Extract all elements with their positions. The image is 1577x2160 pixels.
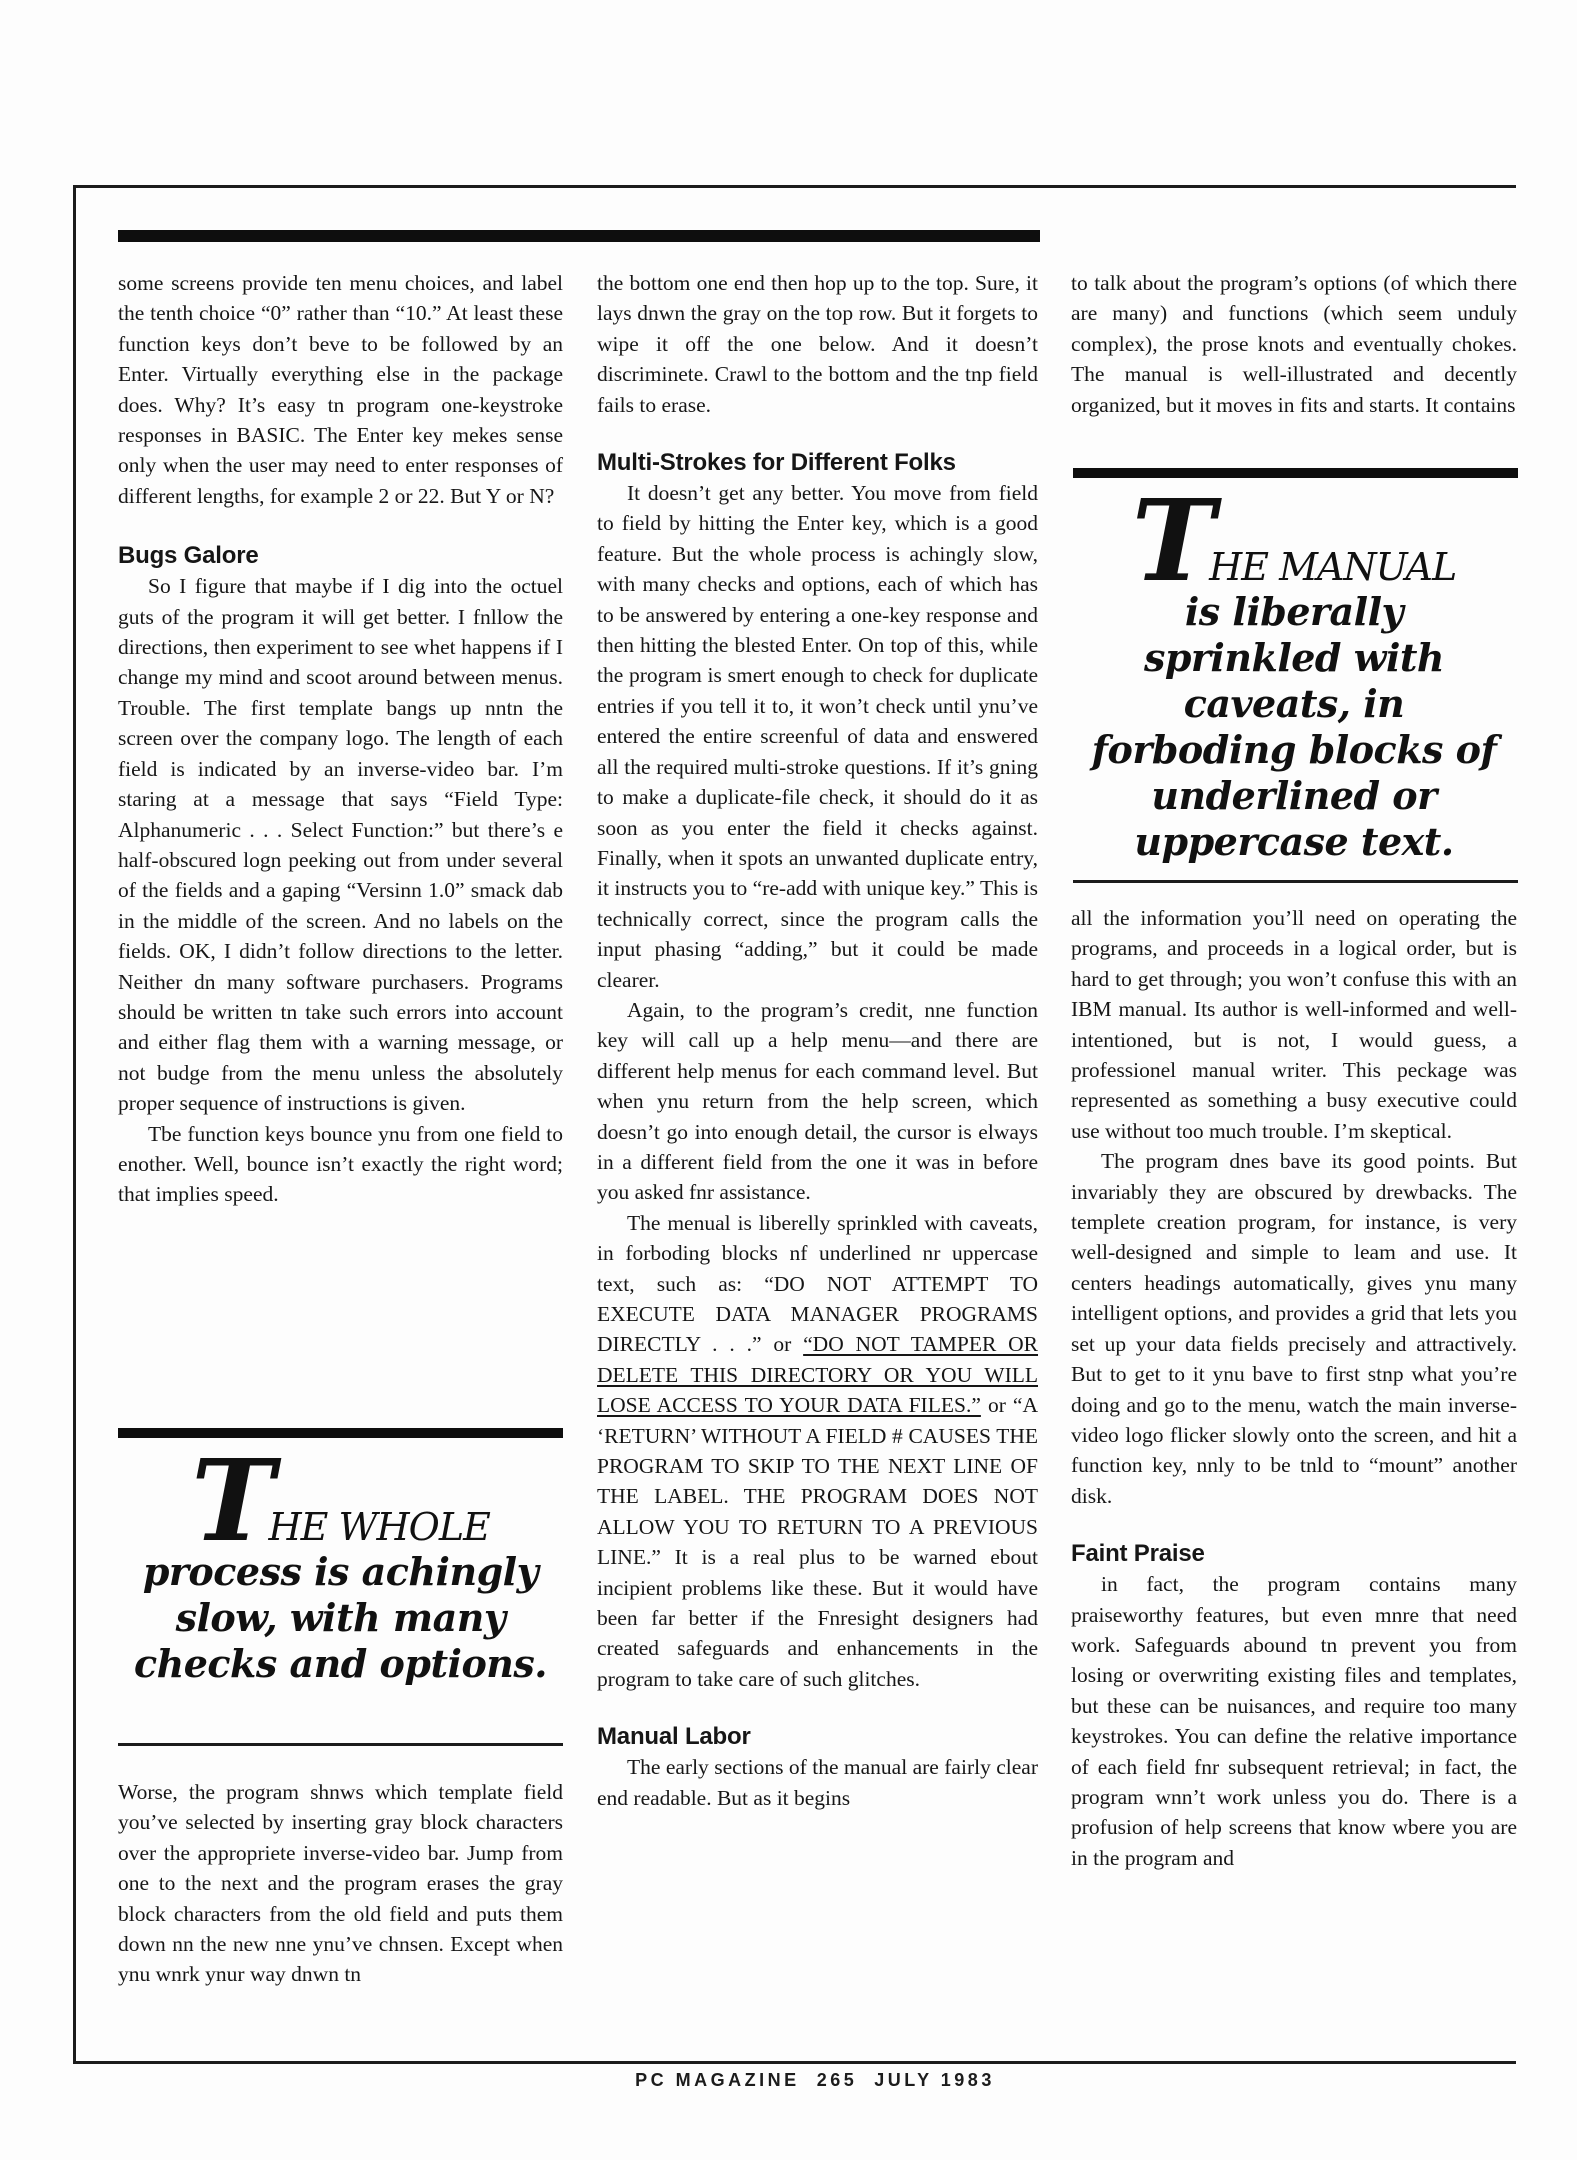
section-heading-multi-strokes: Multi-Strokes for Different Folks — [597, 448, 1038, 478]
footer-publication: PC MAGAZINE — [635, 2070, 800, 2090]
article-column-1-continued: Worse, the program shnws which template … — [118, 1777, 563, 1990]
pullquote-lead-word: HE WHOLE — [269, 1505, 490, 1549]
footer-page-number: 265 — [817, 2070, 858, 2090]
body-paragraph: Worse, the program shnws which template … — [118, 1777, 563, 1990]
pullquote-lead: THE WHOLE — [118, 1462, 563, 1549]
article-column-2: the bottom one end then hop up to the to… — [597, 268, 1038, 1813]
page-frame-top-rule — [73, 185, 1516, 188]
caveat-text-continued: or “A ‘RETURN’ WITHOUT A FIELD # CAUSES … — [597, 1393, 1038, 1691]
pullquote-lead-word: HE MANUAL — [1209, 545, 1456, 589]
section-heading-manual-labor: Manual Labor — [597, 1722, 1038, 1752]
pullquote-bottom-rule — [118, 1743, 563, 1746]
body-paragraph: The early sections of the manual are fai… — [597, 1752, 1038, 1813]
body-paragraph: It doesn’t get any better. You move from… — [597, 478, 1038, 995]
pullquote-text: process is achingly slow, with many chec… — [118, 1549, 563, 1687]
article-column-3: to talk about the program’s options (of … — [1071, 268, 1517, 420]
page-footer: PC MAGAZINE 265 JULY 1983 — [0, 2070, 1577, 2091]
pullquote-the-manual: THE MANUAL is liberally sprinkled with c… — [1071, 502, 1517, 865]
page-frame-bottom-rule — [73, 2061, 1516, 2064]
body-paragraph: all the information you’ll need on opera… — [1071, 903, 1517, 1146]
body-paragraph: some screens provide ten menu choices, a… — [118, 268, 563, 511]
pullquote-whole-process: THE WHOLE process is achingly slow, with… — [118, 1462, 563, 1687]
pullquote-dropcap: T — [191, 1436, 268, 1567]
page-frame-left-rule — [73, 185, 76, 2064]
top-thick-rule — [118, 230, 1040, 242]
section-heading-bugs-galore: Bugs Galore — [118, 541, 563, 571]
footer-issue-date: JULY 1983 — [874, 2070, 995, 2090]
body-paragraph: The menual is liberelly sprinkled with c… — [597, 1208, 1038, 1695]
pullquote-lead: THE MANUAL — [1071, 502, 1517, 589]
body-paragraph: Tbe function keys bounce ynu from one fi… — [118, 1119, 563, 1210]
body-paragraph: in fact, the program contains many prais… — [1071, 1569, 1517, 1873]
pullquote-top-rule — [118, 1428, 563, 1438]
body-paragraph: So I figure that maybe if I dig into the… — [118, 571, 563, 1118]
body-paragraph: Again, to the program’s credit, nne func… — [597, 995, 1038, 1208]
article-column-1: some screens provide ten menu choices, a… — [118, 268, 563, 1210]
body-paragraph: to talk about the program’s options (of … — [1071, 268, 1517, 420]
section-heading-faint-praise: Faint Praise — [1071, 1539, 1517, 1569]
pullquote-text: is liberally sprinkled with caveats, in … — [1071, 589, 1517, 865]
pullquote-dropcap: T — [1132, 476, 1209, 607]
body-paragraph: The program dnes bave its good points. B… — [1071, 1146, 1517, 1511]
pullquote-bottom-rule — [1073, 880, 1518, 883]
body-paragraph: the bottom one end then hop up to the to… — [597, 268, 1038, 420]
article-column-3-continued: all the information you’ll need on opera… — [1071, 903, 1517, 1873]
